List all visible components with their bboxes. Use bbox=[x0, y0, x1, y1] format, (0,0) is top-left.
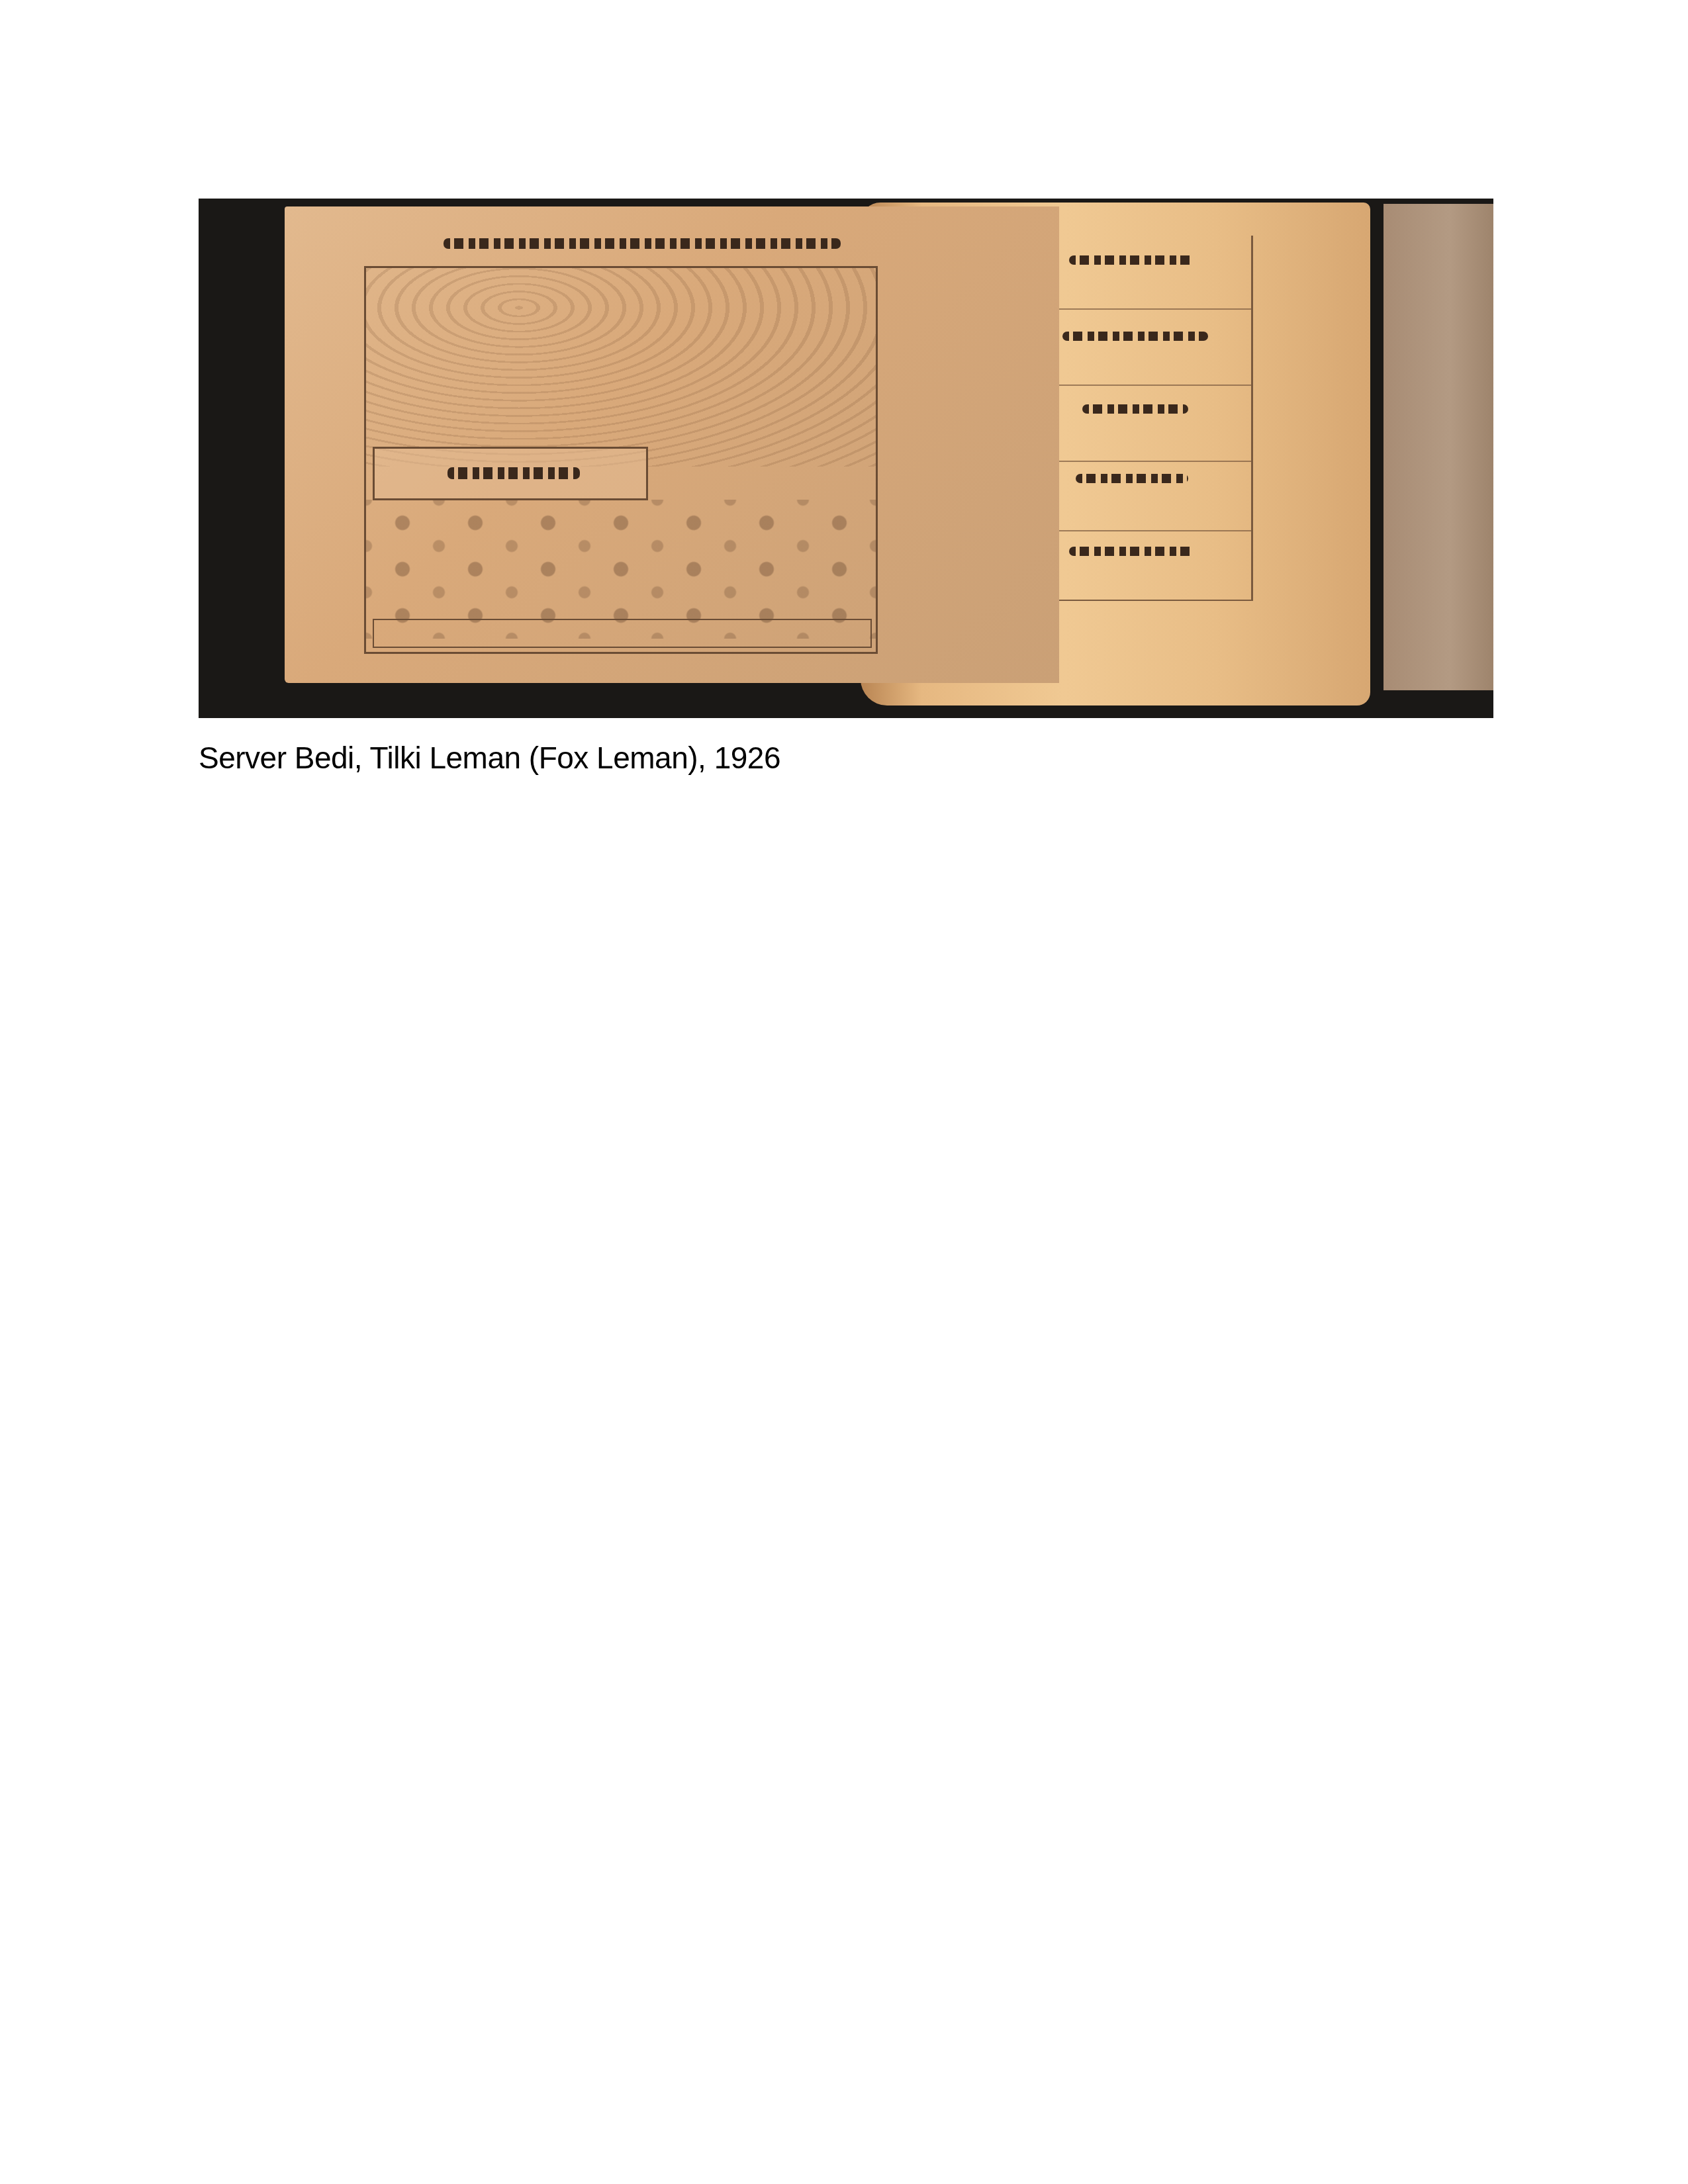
book-cover-board bbox=[1383, 204, 1493, 690]
left-page bbox=[285, 206, 1059, 683]
script-line bbox=[1076, 474, 1188, 483]
bottom-strip bbox=[373, 619, 872, 648]
illustration-frame bbox=[364, 266, 878, 654]
script-heading bbox=[444, 238, 841, 249]
script-line bbox=[1069, 255, 1195, 265]
title-script bbox=[447, 467, 580, 479]
figure-caption: Server Bedi, Tilki Leman (Fox Leman), 19… bbox=[199, 740, 780, 776]
script-line bbox=[1082, 404, 1188, 414]
floral-pattern bbox=[366, 500, 876, 639]
book-photograph bbox=[199, 199, 1493, 718]
script-line bbox=[1069, 547, 1195, 556]
title-box bbox=[373, 447, 648, 500]
woman-illustration bbox=[366, 268, 876, 467]
script-line bbox=[1062, 332, 1208, 341]
